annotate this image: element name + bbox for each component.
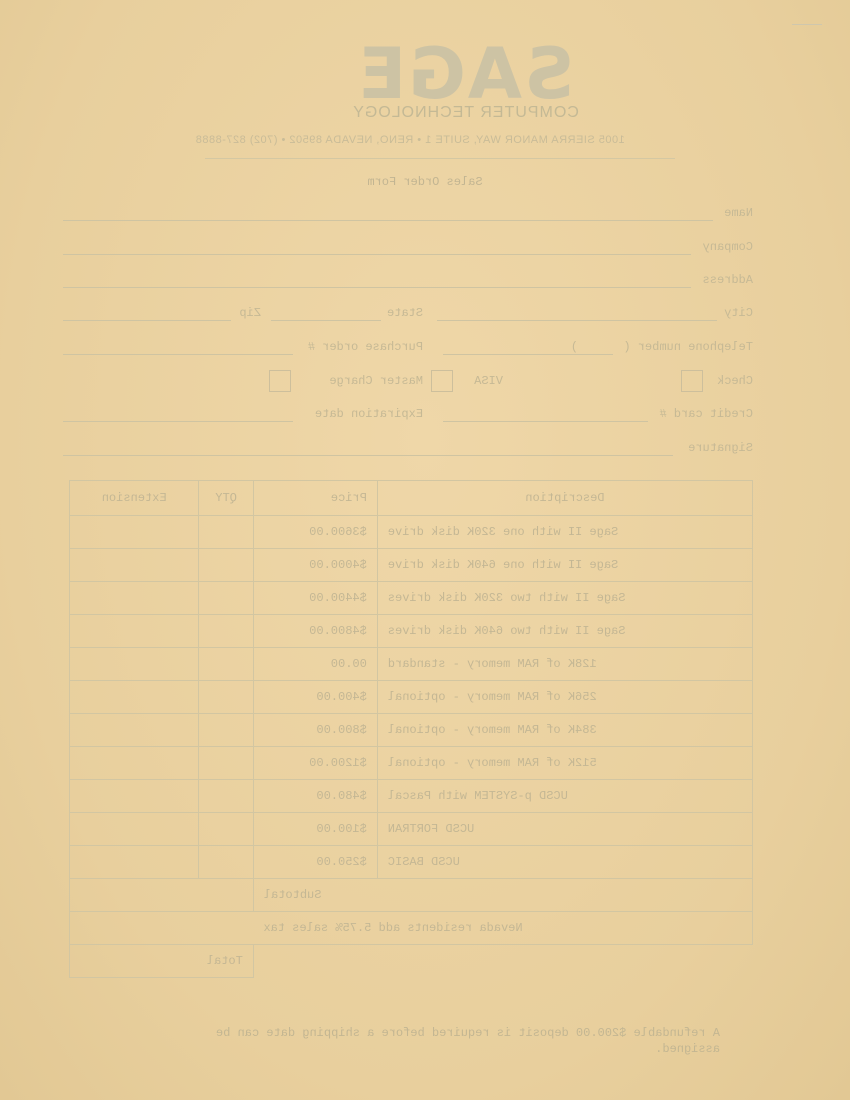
item-extension-field[interactable] (70, 516, 199, 549)
visa-label: VISA (474, 374, 503, 388)
logo-subtitle: COMPUTER TECHNOLOGY (333, 104, 598, 122)
item-qty-field[interactable] (199, 549, 254, 582)
item-price: $800.00 (253, 714, 377, 747)
visa-checkbox[interactable] (431, 370, 453, 392)
purchase-order-label: Purchase order # (308, 340, 423, 354)
table-row: Sage II with one 640K disk drive$4000.00 (70, 549, 753, 582)
total-cell[interactable]: Total (70, 945, 254, 978)
telephone-label: Telephone number ( (623, 340, 753, 354)
item-price: $250.00 (253, 846, 377, 879)
item-extension-field[interactable] (70, 681, 199, 714)
item-description: 512K of RAM memory - optional (377, 747, 752, 780)
table-row: 512K of RAM memory - optional$1200.00 (70, 747, 753, 780)
order-table: Description Price QTY Extension Sage II … (69, 480, 753, 978)
item-description: UCSD FORTRAN (377, 813, 752, 846)
item-qty-field[interactable] (199, 582, 254, 615)
check-checkbox[interactable] (681, 370, 703, 392)
company-label: Company (703, 240, 753, 254)
item-qty-field[interactable] (199, 780, 254, 813)
item-qty-field[interactable] (199, 813, 254, 846)
item-extension-field[interactable] (70, 549, 199, 582)
zip-label: Zip (239, 306, 261, 320)
item-extension-field[interactable] (70, 780, 199, 813)
item-qty-field[interactable] (199, 714, 254, 747)
deposit-note: A refundable $200.00 deposit is required… (160, 1025, 720, 1057)
header-description: Description (377, 481, 752, 516)
table-row: UCSD BASIC$250.00 (70, 846, 753, 879)
item-price: 00.00 (253, 648, 377, 681)
item-price: $4000.00 (253, 549, 377, 582)
item-qty-field[interactable] (199, 648, 254, 681)
address-field[interactable] (63, 287, 691, 288)
state-label: State (387, 306, 423, 320)
table-row: 128K of RAM memory - standard00.00 (70, 648, 753, 681)
tax-value[interactable] (70, 912, 254, 945)
item-extension-field[interactable] (70, 582, 199, 615)
expiration-field[interactable] (63, 421, 293, 422)
header-price: Price (253, 481, 377, 516)
subtotal-value[interactable] (70, 879, 254, 912)
item-price: $100.00 (253, 813, 377, 846)
company-field[interactable] (63, 254, 691, 255)
item-qty-field[interactable] (199, 846, 254, 879)
tax-label: Nevada residents add 5.75% sales tax (253, 912, 752, 945)
item-price: $400.00 (253, 681, 377, 714)
item-qty-field[interactable] (199, 681, 254, 714)
item-description: 384K of RAM memory - optional (377, 714, 752, 747)
check-label: Check (717, 374, 753, 388)
item-description: 256K of RAM memory - optional (377, 681, 752, 714)
tax-row: Nevada residents add 5.75% sales tax (70, 912, 753, 945)
credit-card-field[interactable] (443, 421, 648, 422)
telephone-close-paren: ) (571, 340, 578, 354)
corner-mark (792, 24, 822, 25)
table-row: UCSD p-SYSTEM with Pascal$480.00 (70, 780, 753, 813)
signature-field[interactable] (63, 455, 673, 456)
total-label: Total (207, 954, 243, 968)
table-row: Sage II with one 320K disk drive$3600.00 (70, 516, 753, 549)
expiration-label: Expiration date (315, 407, 423, 421)
item-description: Sage II with one 640K disk drive (377, 549, 752, 582)
mastercharge-checkbox[interactable] (269, 370, 291, 392)
subtotal-label: Subtotal (253, 879, 752, 912)
item-price: $480.00 (253, 780, 377, 813)
zip-field[interactable] (63, 320, 231, 321)
company-address: 1005 SIERRA MANOR WAY, SUITE 1 • RENO, N… (170, 134, 650, 146)
purchase-order-field[interactable] (63, 354, 293, 355)
item-extension-field[interactable] (70, 813, 199, 846)
name-field[interactable] (63, 220, 713, 221)
table-header-row: Description Price QTY Extension (70, 481, 753, 516)
logo-wordmark: SAGE (333, 42, 598, 106)
sales-order-form-page: SAGE COMPUTER TECHNOLOGY 1005 SIERRA MAN… (0, 0, 850, 1100)
item-price: $1200.00 (253, 747, 377, 780)
table-row: 384K of RAM memory - optional$800.00 (70, 714, 753, 747)
address-label: Address (703, 273, 753, 287)
item-extension-field[interactable] (70, 714, 199, 747)
item-extension-field[interactable] (70, 615, 199, 648)
mastercharge-label: Master Charge (329, 374, 423, 388)
table-row: 256K of RAM memory - optional$400.00 (70, 681, 753, 714)
item-qty-field[interactable] (199, 516, 254, 549)
item-extension-field[interactable] (70, 747, 199, 780)
table-row: UCSD FORTRAN$100.00 (70, 813, 753, 846)
signature-label: Signature (688, 441, 753, 455)
state-field[interactable] (271, 320, 381, 321)
header-qty: QTY (199, 481, 254, 516)
header-divider (205, 158, 675, 159)
item-description: 128K of RAM memory - standard (377, 648, 752, 681)
item-price: $4400.00 (253, 582, 377, 615)
item-description: UCSD p-SYSTEM with Pascal (377, 780, 752, 813)
city-label: City (724, 306, 753, 320)
table-row: Sage II with two 640K disk drives$4800.0… (70, 615, 753, 648)
subtotal-row: Subtotal (70, 879, 753, 912)
city-field[interactable] (437, 320, 717, 321)
item-description: UCSD BASIC (377, 846, 752, 879)
item-description: Sage II with two 320K disk drives (377, 582, 752, 615)
item-description: Sage II with two 640K disk drives (377, 615, 752, 648)
item-extension-field[interactable] (70, 846, 199, 879)
item-qty-field[interactable] (199, 747, 254, 780)
total-row: Total (70, 945, 753, 978)
item-qty-field[interactable] (199, 615, 254, 648)
telephone-field[interactable] (443, 354, 613, 355)
form-title: Sales Order Form (320, 175, 530, 189)
item-price: $3600.00 (253, 516, 377, 549)
item-description: Sage II with one 320K disk drive (377, 516, 752, 549)
item-price: $4800.00 (253, 615, 377, 648)
company-logo: SAGE COMPUTER TECHNOLOGY (333, 42, 598, 122)
table-row: Sage II with two 320K disk drives$4400.0… (70, 582, 753, 615)
credit-card-label: Credit card # (659, 407, 753, 421)
name-label: Name (724, 206, 753, 220)
item-extension-field[interactable] (70, 648, 199, 681)
header-extension: Extension (70, 481, 199, 516)
